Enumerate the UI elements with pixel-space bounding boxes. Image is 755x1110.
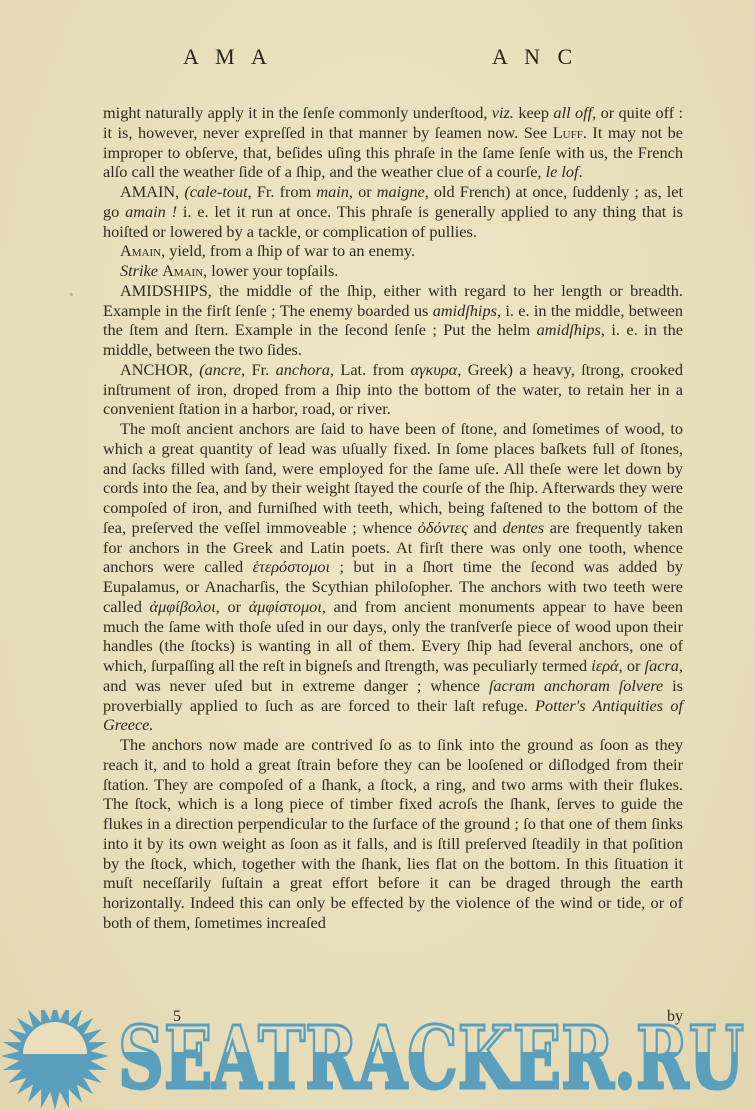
italic-text: ſacra xyxy=(645,656,679,675)
italic-text: αγκυρα xyxy=(411,360,458,379)
italic-text: dentes xyxy=(502,518,544,537)
text-run: , or xyxy=(216,597,249,616)
italic-text: Strike xyxy=(120,261,158,280)
italic-text: all off xyxy=(553,103,592,122)
body-text: might naturally apply it in the ſenſe co… xyxy=(103,103,683,933)
running-head-right: A N C xyxy=(492,44,572,70)
entry-amain-yield: Amain, yield, from a ſhip of war to an e… xyxy=(103,241,683,261)
entry-strike-amain: Strike Amain, lower your topſails. xyxy=(103,261,683,281)
text-run: , or xyxy=(349,182,377,201)
running-head-left: A M A xyxy=(183,44,267,70)
paper-speck xyxy=(70,293,73,296)
text-run: ANCHOR, xyxy=(120,360,199,379)
italic-text: amidſhips xyxy=(433,301,497,320)
italic-text: ἀμφίβολοι xyxy=(150,597,216,616)
watermark-text: SEATRACKER.RU SEATRACKER.RU xyxy=(118,1012,748,1098)
text-run: . xyxy=(579,162,583,181)
italic-text: le lof xyxy=(546,162,579,181)
small-caps-text: Amain xyxy=(120,241,161,260)
italic-text: ἱερά xyxy=(591,656,618,675)
italic-text: (ancre xyxy=(199,360,241,379)
paragraph-modern-anchors: The anchors now made are contrived ſo as… xyxy=(103,735,683,933)
italic-text: ἀμφίστομοι xyxy=(249,597,322,616)
italic-text: ἑτερόστομοι xyxy=(253,557,330,576)
text-run: might naturally apply it in the ſenſe co… xyxy=(103,103,492,122)
text-run: , Lat. from xyxy=(330,360,411,379)
text-run: keep xyxy=(514,103,553,122)
italic-text: amain ! xyxy=(125,202,177,221)
paragraph-ancient-anchors: The moſt ancient anchors are ſaid to hav… xyxy=(103,419,683,735)
italic-text: ὀδόντες xyxy=(418,518,468,537)
italic-text: amidſhips xyxy=(537,320,601,339)
text-run: AMAIN, xyxy=(120,182,184,201)
text-run: , Fr. from xyxy=(248,182,317,201)
italic-text: anchora xyxy=(276,360,330,379)
italic-text: maigne xyxy=(377,182,425,201)
italic-text: (cale-tout xyxy=(184,182,247,201)
small-caps-text: Amain xyxy=(162,261,203,280)
text-run: The anchors now made are contrived ſo as… xyxy=(103,735,683,932)
sun-over-sea-icon xyxy=(0,1010,110,1110)
text-run: , Fr. xyxy=(241,360,276,379)
italic-text: ſacram anchoram ſolvere xyxy=(489,676,663,695)
entry-anchor: ANCHOR, (ancre, Fr. anchora, Lat. from α… xyxy=(103,360,683,419)
small-caps-text: Luff xyxy=(553,123,583,142)
entry-amain: AMAIN, (cale-tout, Fr. from main, or mai… xyxy=(103,182,683,241)
book-page: A M A A N C might naturally apply it in … xyxy=(0,0,755,1110)
text-run: i. e. let it run at once. This phraſe is… xyxy=(103,202,683,241)
entry-amidships: AMIDSHIPS, the middle of the ſhip, eithe… xyxy=(103,281,683,360)
text-run: , or xyxy=(619,656,645,675)
text-run: and xyxy=(468,518,503,537)
italic-text: viz. xyxy=(492,103,514,122)
paragraph-continuation: might naturally apply it in the ſenſe co… xyxy=(103,103,683,182)
text-run: , yield, from a ſhip of war to an enemy. xyxy=(161,241,415,260)
text-run: , lower your topſails. xyxy=(203,261,338,280)
watermark: SEATRACKER.RU SEATRACKER.RU xyxy=(0,1010,755,1110)
running-head: A M A A N C xyxy=(0,44,755,74)
italic-text: main xyxy=(316,182,349,201)
